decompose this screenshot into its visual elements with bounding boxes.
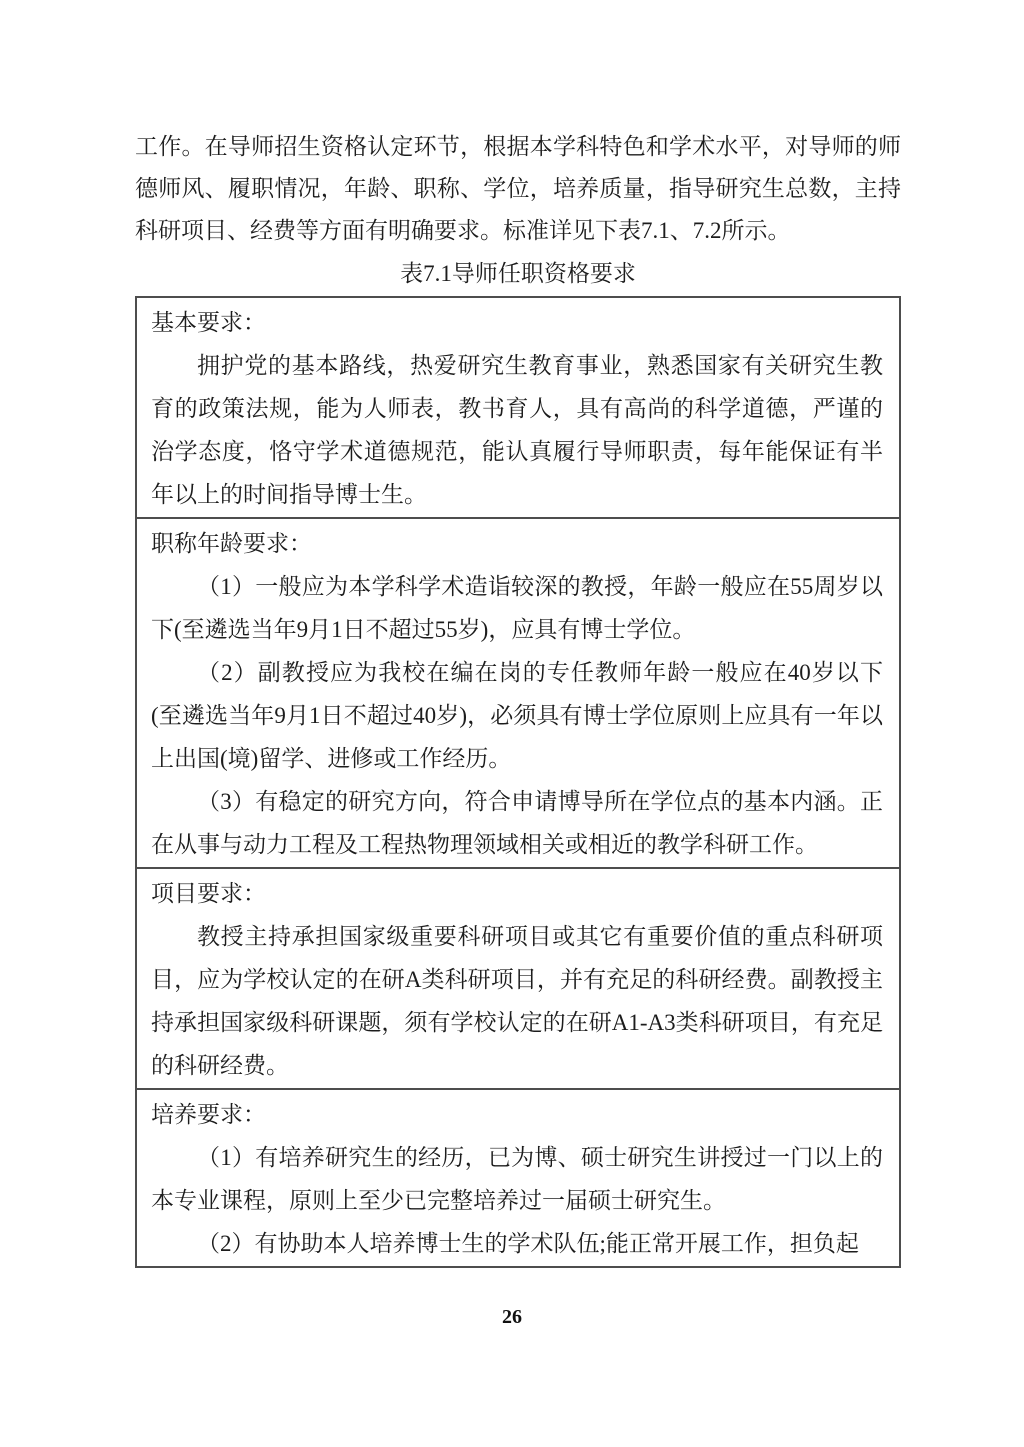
table-cell: 基本要求： 拥护党的基本路线，热爱研究生教育事业，熟悉国家有关研究生教育的政策法… [137,298,899,517]
row-paragraph: （1）一般应为本学科学术造诣较深的教授，年龄一般应在55周岁以下(至遴选当年9月… [151,565,883,651]
row-heading: 培养要求： [151,1093,883,1136]
table-row-project-requirements: 项目要求： 教授主持承担国家级重要科研项目或其它有重要价值的重点科研项目，应为学… [137,867,899,1088]
row-heading: 职称年龄要求： [151,522,883,565]
page-number: 26 [0,1306,1024,1329]
requirements-table: 基本要求： 拥护党的基本路线，热爱研究生教育事业，熟悉国家有关研究生教育的政策法… [135,296,901,1268]
table-row-basic-requirements: 基本要求： 拥护党的基本路线，热爱研究生教育事业，熟悉国家有关研究生教育的政策法… [137,298,899,517]
document-page: 工作。在导师招生资格认定环节，根据本学科特色和学术水平，对导师的师德师风、履职情… [0,0,1024,1447]
row-heading: 项目要求： [151,872,883,915]
row-paragraph: 拥护党的基本路线，热爱研究生教育事业，熟悉国家有关研究生教育的政策法规，能为人师… [151,344,883,516]
table-caption: 表7.1导师任职资格要求 [135,252,901,296]
table-row-training-requirements: 培养要求： （1）有培养研究生的经历，已为博、硕士研究生讲授过一门以上的本专业课… [137,1088,899,1266]
table-cell: 项目要求： 教授主持承担国家级重要科研项目或其它有重要价值的重点科研项目，应为学… [137,869,899,1088]
row-paragraph: （3）有稳定的研究方向，符合申请博导所在学位点的基本内涵。正在从事与动力工程及工… [151,780,883,866]
page-content: 工作。在导师招生资格认定环节，根据本学科特色和学术水平，对导师的师德师风、履职情… [135,126,901,1268]
table-row-title-age-requirements: 职称年龄要求： （1）一般应为本学科学术造诣较深的教授，年龄一般应在55周岁以下… [137,517,899,867]
row-heading: 基本要求： [151,301,883,344]
row-paragraph: 教授主持承担国家级重要科研项目或其它有重要价值的重点科研项目，应为学校认定的在研… [151,915,883,1087]
row-paragraph: （1）有培养研究生的经历，已为博、硕士研究生讲授过一门以上的本专业课程，原则上至… [151,1136,883,1222]
row-paragraph: （2）副教授应为我校在编在岗的专任教师年龄一般应在40岁以下(至遴选当年9月1日… [151,651,883,780]
row-paragraph: （2）有协助本人培养博士生的学术队伍;能正常开展工作，担负起 [151,1222,883,1265]
table-cell: 培养要求： （1）有培养研究生的经历，已为博、硕士研究生讲授过一门以上的本专业课… [137,1090,899,1266]
table-cell: 职称年龄要求： （1）一般应为本学科学术造诣较深的教授，年龄一般应在55周岁以下… [137,519,899,867]
intro-paragraph: 工作。在导师招生资格认定环节，根据本学科特色和学术水平，对导师的师德师风、履职情… [135,126,901,252]
